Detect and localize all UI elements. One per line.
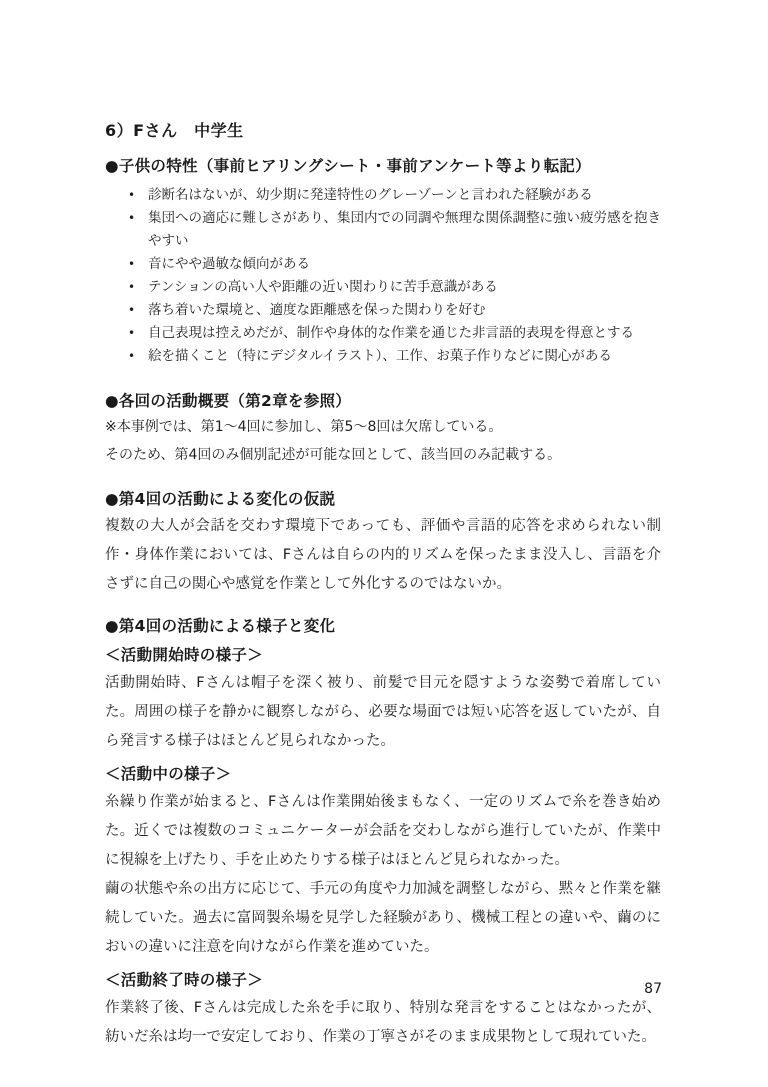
- observation-paragraph-start: 活動開始時、Fさんは帽子を深く被り、前髪で目元を隠すような姿勢で着席していた。周…: [105, 669, 661, 756]
- observation-paragraph-end: 作業終了後、Fさんは完成した糸を手に取り、特別な発言をすることはなかったが、紡い…: [105, 994, 661, 1052]
- list-item: • 集団への適応に難しさがあり、集団内での同調や無理な関係調整に強い疲労感を抱き…: [128, 207, 661, 253]
- bullet-icon: •: [128, 207, 148, 253]
- list-item-text: 音にやや過敏な傾向がある: [148, 253, 310, 276]
- list-item-text: 診断名はないが、幼少期に発達特性のグレーゾーンと言われた経験がある: [148, 184, 593, 207]
- list-item-text: 集団への適応に難しさがあり、集団内での同調や無理な関係調整に強い疲労感を抱きやす…: [148, 207, 661, 253]
- list-item: • 絵を描くこと（特にデジタルイラスト）、工作、お菓子作りなどに関心がある: [128, 345, 661, 368]
- page-number: 87: [644, 981, 662, 997]
- list-item: • 診断名はないが、幼少期に発達特性のグレーゾーンと言われた経験がある: [128, 184, 661, 207]
- note-paragraph: ※本事例では、第1～4回に参加し、第5～8回は欠席している。: [105, 415, 661, 440]
- list-item: • テンションの高い人や距離の近い関わりに苦手意識がある: [128, 276, 661, 299]
- list-item: • 落ち着いた環境と、適度な距離感を保った関わりを好む: [128, 299, 661, 322]
- list-item-text: 自己表現は控えめだが、制作や身体的な作業を通じた非言語的表現を得意とする: [148, 322, 634, 345]
- list-item: • 音にやや過敏な傾向がある: [128, 253, 661, 276]
- observation-paragraph-during-1: 糸繰り作業が始まると、Fさんは作業開始後まもなく、一定のリズムで糸を巻き始めた。…: [105, 788, 661, 875]
- list-item-text: 絵を描くこと（特にデジタルイラスト）、工作、お菓子作りなどに関心がある: [148, 345, 612, 368]
- bullet-icon: •: [128, 299, 148, 322]
- subsection-heading-end: ＜活動終了時の様子＞: [105, 968, 661, 992]
- page-title: 6）Fさん 中学生: [105, 121, 661, 141]
- bullet-icon: •: [128, 184, 148, 207]
- section-heading-activity-overview: ●各回の活動概要（第2章を参照）: [105, 390, 661, 412]
- hypothesis-paragraph: 複数の大人が会話を交わす環境下であっても、評価や言語的応答を求められない制作・身…: [105, 512, 661, 599]
- list-item-text: 落ち着いた環境と、適度な距離感を保った関わりを好む: [148, 299, 486, 322]
- document-page: 6）Fさん 中学生 ●子供の特性（事前ヒアリングシート・事前アンケート等より転記…: [0, 0, 768, 1087]
- bullet-icon: •: [128, 276, 148, 299]
- section-heading-hypothesis: ●第4回の活動による変化の仮説: [105, 488, 661, 510]
- characteristics-list: • 診断名はないが、幼少期に発達特性のグレーゾーンと言われた経験がある • 集団…: [105, 184, 661, 368]
- subsection-heading-start: ＜活動開始時の様子＞: [105, 643, 661, 667]
- section-heading-observations: ●第4回の活動による様子と変化: [105, 615, 661, 637]
- observation-paragraph-during-2: 繭の状態や糸の出方に応じて、手元の角度や力加減を調整しながら、黙々と作業を継続し…: [105, 875, 661, 962]
- list-item-text: テンションの高い人や距離の近い関わりに苦手意識がある: [148, 276, 498, 299]
- note-paragraph: そのため、第4回のみ個別記述が可能な回として、該当回のみ記載する。: [105, 443, 661, 468]
- bullet-icon: •: [128, 253, 148, 276]
- bullet-icon: •: [128, 345, 148, 368]
- subsection-heading-during: ＜活動中の様子＞: [105, 762, 661, 786]
- list-item: • 自己表現は控えめだが、制作や身体的な作業を通じた非言語的表現を得意とする: [128, 322, 661, 345]
- bullet-icon: •: [128, 322, 148, 345]
- section-heading-child-characteristics: ●子供の特性（事前ヒアリングシート・事前アンケート等より転記）: [105, 155, 661, 177]
